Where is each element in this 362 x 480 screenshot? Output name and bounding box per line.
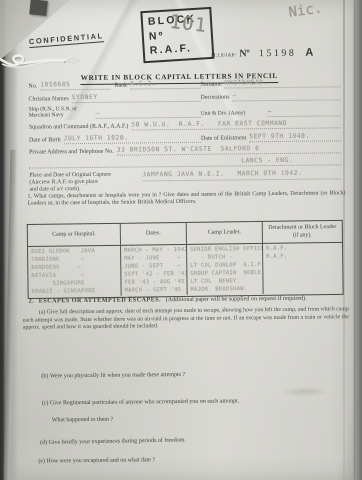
ref-no-label: Nº (239, 48, 250, 59)
enlistment-value: SEPT 9TH 1940. (249, 132, 341, 142)
camp-leader-column: SENIOR ENGLISH OFFICER - DUTCH - LT COL … (186, 244, 263, 295)
ref-grade: A (305, 47, 313, 59)
christian-names-value: SYDNEY (72, 92, 201, 102)
date-of-birth-label: Date of Birth (29, 137, 61, 144)
unit-div-label: Unit & Div. (Army) (201, 111, 265, 118)
section2-heading: ESCAPES OR ATTEMPTED ESCAPES. (39, 297, 161, 304)
address-value-line2: LANCS - ENG. (29, 156, 341, 168)
pencil-annotation: Nic. (288, 1, 324, 21)
camp-column: BOEI GLODOK JAVA TANDJONG — BANDOENG — B… (28, 246, 121, 297)
section2-note: (Additional paper will be supplied on re… (166, 296, 307, 303)
capture-label-line2: (Aircrew R.A.F. to give place (29, 179, 98, 186)
surname-value: WHITEHEAD. (225, 78, 341, 88)
question-c: (c) Give Regimental particulars of anyon… (42, 398, 240, 406)
header-camp-leader: Camp Leader. (186, 222, 262, 244)
capture-label-line3: and date of a/c crash). (29, 186, 80, 193)
decorations-value: — (232, 91, 340, 101)
question-d: (d) Give briefly your experiences during… (40, 437, 186, 446)
binding-string (0, 42, 92, 78)
rank-value: A.C.2. (130, 80, 200, 90)
question-e: (e) How were you recaptured and on what … (38, 457, 155, 464)
ref-prefix: M.I.9/JAP/ (211, 53, 236, 58)
stamp-line-raf: R.A.F. (149, 41, 208, 59)
question-b: (b) Were you physically fit when you mad… (41, 372, 185, 380)
ref-number: 15198 (259, 48, 297, 59)
decorations-label: Decorations (200, 94, 229, 101)
dates-entry: MARCH - SEPT '45 (125, 286, 187, 295)
detachment-entry: R.A.F. (266, 252, 342, 261)
capture-value: JAMPANG JAVA N.E.I. MARCH 9TH 1942. (142, 169, 341, 181)
rank-label: Rank (114, 83, 127, 90)
detachment-column: R.A.F. R.A.F. (262, 243, 343, 294)
section1-question: 1. What camps, detachments or hospitals … (28, 190, 346, 208)
header-detachment-leader: Detachment or Block Leader (if any). (262, 221, 342, 243)
no-label: No. (28, 84, 37, 91)
file-reference: M.I.9/JAP/Nº15198A (211, 43, 313, 62)
camps-table-body: BOEI GLODOK JAVA TANDJONG — BANDOENG — B… (28, 243, 343, 297)
enlistment-label: Date of Enlistment (201, 135, 246, 142)
identity-fields: No. 1056605 Rank A.C.2. Surname WHITEHEA… (28, 78, 341, 194)
surname-label: Surname (200, 82, 221, 89)
leader-entry: MAJOR BRADSHAW. (191, 285, 263, 294)
ship-label: Ship (R.N., U.S.N. or Merchant Navy (29, 106, 93, 120)
question-a: (a) Give full description and approx. da… (23, 306, 349, 332)
camp-entry: KRANJI - SINGAPORE (32, 287, 121, 296)
question-c-followup: What happened to them ? (52, 417, 113, 424)
section2-number: 2. (29, 299, 35, 305)
christian-names-label: Christian Names (28, 96, 68, 103)
unit-div-value: — (268, 107, 341, 117)
service-number-value: 1056605 (40, 81, 110, 91)
dates-column: MARCH - MAY - 1942 MAY - JUNE — JUNE - S… (120, 245, 187, 296)
date-of-birth-value: JULY 16TH 1920. (64, 134, 201, 144)
capture-label-line1: Place and Date of Original Capture (29, 172, 111, 179)
header-dates: Dates. (120, 223, 186, 245)
squadron-label: Squadron and Command (R.A.F., A.A.F.) (29, 124, 129, 132)
scanned-pow-form: CONFIDENTIAL BLOCK Nº R.A.F. 101 M.I.9/J… (0, 0, 362, 480)
address-value: 33 BRIDSON ST. W'CASTE SALFORD 6 (117, 145, 341, 156)
squadron-value: 50 W.U.U. R.A.F. FAR EAST COMMAND (131, 120, 341, 131)
pencil-smudge (280, 386, 330, 397)
handwritten-block-number: 101 (169, 11, 209, 37)
capture-label: Place and Date of Original Capture (Airc… (29, 171, 139, 194)
ship-value: — (96, 109, 201, 119)
camps-table: Camp or Hospital. Dates. Camp Leader. De… (27, 220, 344, 299)
header-camp-or-hospital: Camp or Hospital. (28, 224, 120, 246)
address-label: Private Address and Telephone No. (29, 149, 114, 157)
